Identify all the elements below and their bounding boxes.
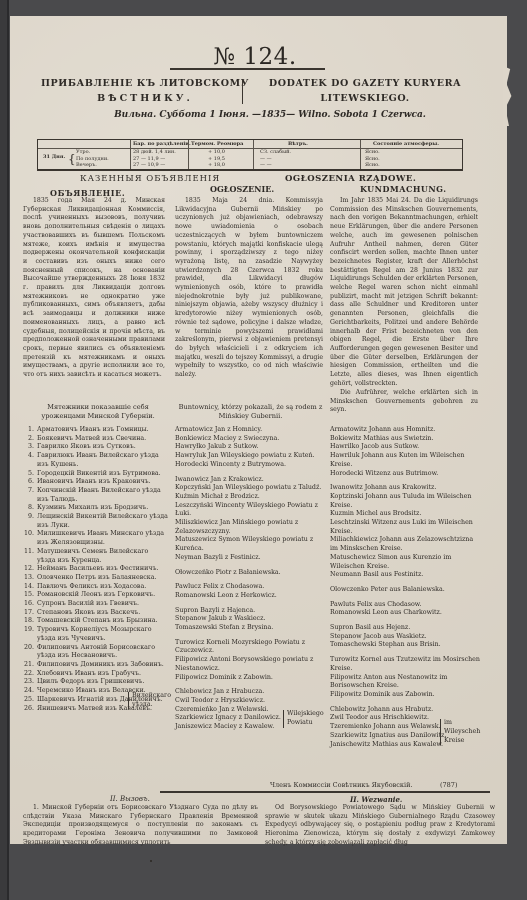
summons-heading-russian: II. Вызовъ. (110, 795, 150, 803)
list-item-name: Милишкевичъ Иванъ Минскаго уѣзда изъ Жел… (37, 530, 168, 547)
list-item-number: 4. (22, 452, 37, 469)
masthead-divider (242, 79, 243, 104)
list-item-number: 17. (22, 609, 37, 618)
summons-pl-text: Od Borysowskiego Powiatowego Sądu w Mińs… (265, 804, 495, 848)
list-item: 21.Филиповичъ Доминикъ изъ Забовинъ. (22, 661, 168, 670)
list-item: Turowicz Korneli Mozyrskiego Powiatu z C… (175, 639, 323, 656)
list-item-name: Романовскій Леонъ изъ Герковичъ. (37, 591, 168, 600)
list-item: Armatowicz Jan z Homnicy. (175, 426, 323, 435)
list-item: 19.Туровичъ Корнеліусъ Мозырскаго уѣзда … (22, 626, 168, 643)
list-item-name: Кузминъ Михаилъ изъ Бродзичъ. (37, 504, 168, 513)
list-item: Neyman Bazyli z Festinicz. (175, 554, 323, 563)
weather-day-label: 31 Дня. (43, 154, 65, 161)
masthead-russian: ПРИБАВЛЕНІЕ КЪ ЛИТОВСКОМУ ВѢСТНИКУ. (40, 76, 250, 106)
list-item-name: Лещинскій Викентій Вилейскаго уѣзда изъ … (37, 513, 168, 530)
list-item: Ołowczeńko Piotr z Bałaniewska. (175, 569, 323, 578)
list-item: Stepanow Jacob aus Waskietz. (330, 633, 480, 642)
heading-polish: OGŁOSZENIE. (210, 184, 274, 194)
list-item: 18.Томашевскій Степанъ изъ Брызина. (22, 617, 168, 626)
newspaper-page: № 124. ПРИБАВЛЕНІЕ КЪ ЛИТОВСКОМУ ВѢСТНИК… (10, 16, 507, 844)
summons-heading-polish: II. Wezwanie. (350, 795, 402, 804)
signature-rule (160, 791, 490, 793)
list-item: Pawlucz Felix z Chodasowa. (175, 583, 323, 592)
list-item: Turowitz Kornel aus Tzutzewitz im Mosirs… (330, 656, 480, 673)
rebels-list-german: Armatowitz Johann aus Homnitz.Bokiewitz … (330, 426, 480, 749)
dateline: Вильна. Суббота 1 Іюня. —1835— Wilno. So… (70, 110, 470, 120)
weather-thermo-3: + 18,0 (208, 162, 225, 169)
list-item: 2.Боякевичъ Матвей изъ Свечина. (22, 435, 168, 444)
list-item: 4.Гаврилюкъ Иванъ Вилейскаго уѣзда изъ К… (22, 452, 168, 469)
list-item-number: 16. (22, 600, 37, 609)
list-item-name: Гаврилюкъ Иванъ Вилейскаго уѣзда изъ Куш… (37, 452, 168, 469)
list-item-name: Павлючъ Феликсъ изъ Ходасова. (37, 583, 168, 592)
list-item-number: 23. (22, 678, 37, 687)
list-item: Hawryluk Jan Wileyskiego powiatu z Kuteń… (175, 452, 323, 461)
list-item: Hawriluk Johann aus Kuten im Wileischen … (330, 452, 480, 469)
list-item-name: Филиповичъ Антоній Борисовскаго уѣзда из… (37, 644, 168, 661)
masthead-ru-line1: ПРИБАВЛЕНІЕ КЪ ЛИТОВСКОМУ (40, 76, 250, 91)
list-item-number: 14. (22, 583, 37, 592)
list-item-name: Туровичъ Корнеліусъ Мозырскаго уѣзда изъ… (37, 626, 168, 643)
list-item-number: 15. (22, 591, 37, 600)
weather-header-thermometer: Термом. Реомюра (191, 141, 243, 147)
list-item-name: Городецкій Викентій изъ Бутримова. (37, 470, 168, 479)
list-item: Tomaschewski Stephan aus Brisin. (330, 641, 480, 650)
list-item: Chlebowitz Johann aus Hrabutz. (330, 706, 480, 715)
list-item: Filipowitz Dominik aus Zabowin. (330, 691, 480, 700)
weather-time-3: Вечеръ. (76, 162, 97, 169)
list-item-number: 2. (22, 435, 37, 444)
weather-header-rule (38, 148, 462, 149)
list-item-name: Арматовичъ Иванъ изъ Гомницы. (37, 426, 168, 435)
list-item-number: 10. (22, 530, 37, 547)
summons-polish: Od Borysowskiego Powiatowego Sądu w Mińs… (265, 804, 495, 848)
list-item: Filipowitz Anton aus Nestanowitz im Bori… (330, 674, 480, 691)
list-item-name: Филиповичъ Доминикъ изъ Забовинъ. (37, 661, 168, 670)
weather-header-barometer: Бар. по раздѣленіи. (133, 141, 191, 147)
weather-col-divider (360, 140, 361, 169)
weather-header-wind: Вѣтръ. (288, 141, 308, 147)
list-item: Armatowitz Johann aus Homnitz. (330, 426, 480, 435)
weather-barometer-3: 27 — 10,9 — (133, 162, 165, 169)
book-spine (0, 0, 9, 900)
list-item: 5.Городецкій Викентій изъ Бутримова. (22, 470, 168, 479)
list-item-name: Боякевичъ Матвей изъ Свечина. (37, 435, 168, 444)
list-intro-de-text: Die Aufrührer, welche erklärten sich in … (330, 389, 478, 415)
list-item: 11.Матушевичъ Семенъ Вилейскаго уѣзда из… (22, 548, 168, 565)
list-item-number: 26. (22, 705, 37, 714)
list-item: 6.Ивановичъ Иванъ изъ Краковичъ. (22, 478, 168, 487)
list-item: 10.Милишкевичъ Иванъ Минскаго уѣзда изъ … (22, 530, 168, 547)
summons-ru-text: 1. Минской Губерніи отъ Борисовскаго Уѣз… (23, 804, 258, 848)
brace-icon: { (68, 149, 76, 169)
page-number: (787) (440, 781, 457, 789)
list-item: Hawrilko Jacob aus Sutkow. (330, 443, 480, 452)
list-item: Filipowicz Antoni Borysowskiego powiatu … (175, 656, 323, 673)
brace-label: im Wileyscheh Kreise (440, 719, 482, 745)
list-item: Horodecki Witzenz aus Butrimow. (330, 470, 480, 479)
list-item: Miliachkiewicz Johann aus Zelazowschtziz… (330, 536, 480, 553)
list-item: 22.Хлебовичъ Иванъ изъ Грабучъ. (22, 670, 168, 679)
list-intro-russian: Мятежники показавшіе себя уроженцами Мин… (28, 403, 168, 421)
section-title-russian: КАЗЕННЫЯ ОБЪЯВЛЕНІЯ (80, 174, 220, 184)
weather-col-divider (188, 140, 189, 169)
list-item-number: 18. (22, 617, 37, 626)
list-item-number: 21. (22, 661, 37, 670)
list-item: Chlebowicz Jan z Hrabucza. (175, 688, 323, 697)
list-item: Hawryłko Jakub z Sutkow. (175, 443, 323, 452)
announcement-polish: 1835 Maja 24 dnia. Kommissyja Likwidacyj… (175, 197, 323, 380)
list-item: Supron Bazyli z Hajenca. (175, 607, 323, 616)
weather-sky-3: Ясно. (365, 162, 380, 169)
list-item-number: 20. (22, 644, 37, 661)
list-item: Supron Basil aus Hejenz. (330, 624, 480, 633)
masthead-pl-line1: DODATEK DO GAZETY KURYERA (255, 76, 475, 91)
list-item-number: 13. (22, 574, 37, 583)
list-intro-german: Die Aufrührer, welche erklärten sich in … (330, 389, 478, 415)
list-item-number: 25. (22, 696, 37, 705)
list-item: Romanowski Leon z Herkowicz. (175, 592, 323, 601)
announcement-ru-text: 1835 года Мая 24 д. Минская Губернская Л… (23, 197, 165, 380)
list-item-number: 19. (22, 626, 37, 643)
weather-wind-3: — — (260, 162, 272, 169)
list-item: 15.Романовскій Леонъ изъ Герковичъ. (22, 591, 168, 600)
list-item: Koptzinski Johann aus Tuluda im Wileisch… (330, 493, 480, 510)
masthead-pl-line2: LITEWSKIEGO. (255, 91, 475, 106)
ink-speck (150, 860, 152, 862)
list-item: 3.Гаврилко Яковъ изъ Сутковъ. (22, 443, 168, 452)
list-item: Horodecki Wincenty z Butrymowa. (175, 461, 323, 470)
list-item-number: 22. (22, 670, 37, 679)
list-item-name: Матушевичъ Семенъ Вилейскаго уѣзда изъ К… (37, 548, 168, 565)
list-item: 14.Павлючъ Феликсъ изъ Ходасова. (22, 583, 168, 592)
list-item-name: Супронъ Василій изъ Гвевичъ. (37, 600, 168, 609)
list-item-number: 5. (22, 470, 37, 479)
list-item: Romanowski Leon aus Charkowitz. (330, 609, 480, 618)
list-item: 9.Лещинскій Викентій Вилейскаго уѣзда из… (22, 513, 168, 530)
list-item: Bonkiewicz Maciey z Swieczyna. (175, 435, 323, 444)
list-item: 16.Супронъ Василій изъ Гвевичъ. (22, 600, 168, 609)
list-item: Matuszewicz Symon Wileyskiego powiatu z … (175, 536, 323, 553)
list-item-number: 7. (22, 487, 37, 504)
list-item: Tomaszewski Stefan z Brysina. (175, 624, 323, 633)
brace-label: Вилейскаго уѣзда. (128, 692, 170, 709)
list-item-name: Оловченко Петръ изъ Балаяневска. (37, 574, 168, 583)
list-item: Leschtzinski Witzenz aus Luki im Wileisc… (330, 519, 480, 536)
list-item: Neumann Basil aus Festinitz. (330, 571, 480, 580)
list-item: Iwanowicz Jan z Krakowicz. (175, 476, 323, 485)
list-item: Pawluts Felix aus Chodasow. (330, 601, 480, 610)
list-item-name: Гаврилко Яковъ изъ Сутковъ. (37, 443, 168, 452)
list-item: Filipowicz Dominik z Zabowin. (175, 674, 323, 683)
rebels-list-polish: Armatowicz Jan z Homnicy.Bonkiewicz Maci… (175, 426, 323, 732)
list-item: 17.Степановъ Яковъ изъ Васкечъ. (22, 609, 168, 618)
brace-label: Wilejskiego Powiatu (283, 710, 325, 727)
signature: Членъ Коммиссіи Совѣтникъ Якубовскій. (270, 781, 412, 789)
list-item-name: Нейманъ Васильевъ изъ Фестиничъ. (37, 565, 168, 574)
masthead-ru-line2: ВѢСТНИКУ. (40, 91, 250, 106)
list-item: Kuzmin Michel aus Brodsitz. (330, 510, 480, 519)
issue-number: № 124. (200, 44, 310, 70)
list-item: Cwil Teodor z Hryszkiewicz. (175, 697, 323, 706)
list-item-name: Хлебовичъ Иванъ изъ Грабучъ. (37, 670, 168, 679)
list-item-number: 8. (22, 504, 37, 513)
announcement-pl-text: 1835 Maja 24 dnia. Kommissyja Likwidacyj… (175, 197, 323, 380)
weather-header-sky: Состояніе атмосферы. (373, 141, 439, 147)
list-item-number: 9. (22, 513, 37, 530)
list-item-number: 3. (22, 443, 37, 452)
list-item-number: 11. (22, 548, 37, 565)
list-item-number: 6. (22, 478, 37, 487)
list-item-number: 12. (22, 565, 37, 574)
list-item: 12.Нейманъ Васильевъ изъ Фестиничъ. (22, 565, 168, 574)
list-item: Leszczyński Wincenty Wileyskiego Powiatu… (175, 502, 323, 519)
list-item: 8.Кузминъ Михаилъ изъ Бродзичъ. (22, 504, 168, 513)
list-item-number: 24. (22, 687, 37, 696)
list-item: Stepanow Jakub z Waskiecz. (175, 615, 323, 624)
list-item-name: Томашевскій Степанъ изъ Брызина. (37, 617, 168, 626)
weather-col-divider (130, 140, 131, 169)
heading-german: KUNDMACHUNG. (360, 184, 447, 194)
rebels-list-russian: 1.Арматовичъ Иванъ изъ Гомницы.2.Боякеви… (22, 426, 168, 713)
list-item-name: Цвилъ Федоръ изъ Гришкевичъ. (37, 678, 168, 687)
header-rule (170, 68, 325, 70)
list-item: 23.Цвилъ Федоръ изъ Гришкевичъ. (22, 678, 168, 687)
torn-page-edge (503, 66, 515, 126)
list-item: Olowczenko Peter aus Balaniewska. (330, 586, 480, 595)
weather-table: 31 Дня. { Утро. По полудни. Вечеръ. Бар.… (37, 139, 463, 171)
list-item: 7.Копчинскій Иванъ Вилейскаго уѣзда изъ … (22, 487, 168, 504)
summons-russian: 1. Минской Губерніи отъ Борисовскаго Уѣз… (23, 804, 258, 848)
announcement-de-text: Im Jahr 1835 Mai 24. Da die Liquidirungs… (330, 197, 478, 388)
list-item: Miliszkiewicz Jan Mińskiego powiatu z Że… (175, 519, 323, 536)
masthead-polish: DODATEK DO GAZETY KURYERA LITEWSKIEGO. (255, 76, 475, 106)
list-item: Kuźmin Michał z Brodzicz. (175, 493, 323, 502)
list-item: 1.Арматовичъ Иванъ изъ Гомницы. (22, 426, 168, 435)
list-item-name: Копчинскій Иванъ Вилейскаго уѣзда изъ Та… (37, 487, 168, 504)
list-item: 20.Филиповичъ Антоній Борисовскаго уѣзда… (22, 644, 168, 661)
list-item: Bokiewitz Mathias aus Swietzin. (330, 435, 480, 444)
list-item: Kopczyński Jan Wileyskiego powiatu z Tal… (175, 484, 323, 493)
list-item: 13.Оловченко Петръ изъ Балаяневска. (22, 574, 168, 583)
section-title-polish: OGŁOSZENIA RZĄDOWE. (285, 174, 416, 184)
list-intro-polish: Buntownicy, którzy pokazali, że są rodem… (178, 403, 323, 421)
announcement-german: Im Jahr 1835 Mai 24. Da die Liquidirungs… (330, 197, 478, 388)
list-item-number: 1. (22, 426, 37, 435)
weather-col-divider (253, 140, 254, 169)
list-item-name: Ивановичъ Иванъ изъ Краковичъ. (37, 478, 168, 487)
list-item: Matuschewicz Simon aus Kurenzio im Wilei… (330, 554, 480, 571)
list-item: Iwanowitz Johann aus Krakowitz. (330, 484, 480, 493)
list-item-name: Степановъ Яковъ изъ Васкечъ. (37, 609, 168, 618)
announcement-russian: 1835 года Мая 24 д. Минская Губернская Л… (23, 197, 165, 380)
